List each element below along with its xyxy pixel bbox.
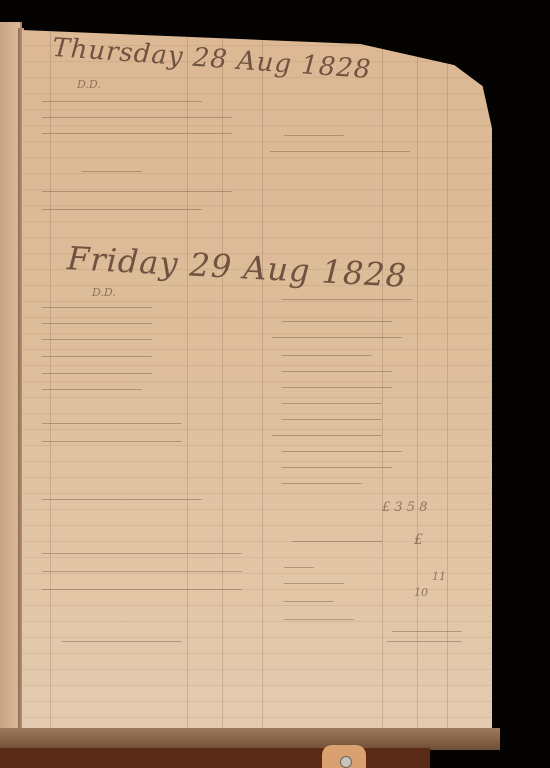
column-rule xyxy=(417,30,418,732)
currency-mark: £ xyxy=(414,532,423,548)
column-rule xyxy=(222,30,223,732)
ruled-lines xyxy=(22,30,492,732)
column-rule xyxy=(382,30,383,732)
column-rule xyxy=(50,30,51,732)
ledger-page: Thursday 28 Aug 1828 D.D. Friday 29 Aug … xyxy=(22,30,492,732)
column-rule xyxy=(447,30,448,732)
subheading: D.D. xyxy=(77,78,101,91)
summary-amount: 11 xyxy=(432,570,446,583)
screw-icon xyxy=(340,756,352,768)
page-block-bottom xyxy=(0,728,500,750)
column-rule xyxy=(187,30,188,732)
summary-amount: 10 xyxy=(414,586,428,599)
subheading: D.D. xyxy=(92,286,116,299)
subtotal: £ 3 5 8 xyxy=(382,500,427,515)
column-rule xyxy=(262,30,263,732)
